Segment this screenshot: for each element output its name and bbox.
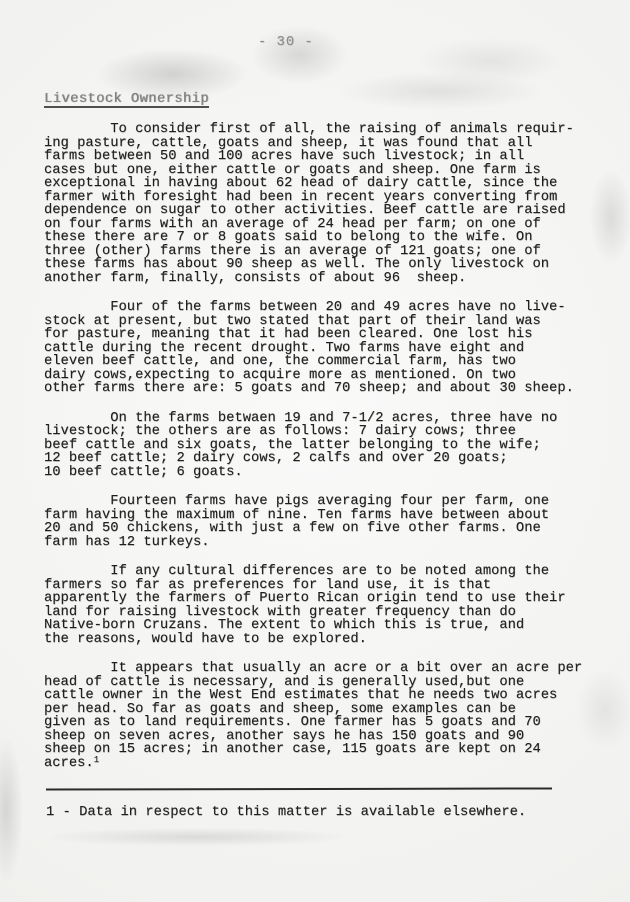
scan-smudge: [52, 828, 342, 846]
section-heading: Livestock Ownership: [44, 93, 209, 109]
paragraph-farms-20-49-acres: Four of the farms between 20 and 49 acre…: [44, 301, 604, 396]
footnote-marker: 1: [94, 755, 99, 765]
scan-smudge: [0, 740, 22, 880]
footnote-text: 1 - Data in respect to this matter is av…: [46, 806, 604, 820]
footnote-divider: [46, 787, 552, 790]
paragraph-text: It appears that usually an acre or a bit…: [44, 661, 582, 771]
paragraph-livestock-large-farms: To consider first of all, the raising of…: [44, 123, 604, 285]
page-number: - 30 -: [258, 36, 604, 50]
heading-row: Livestock Ownership: [44, 93, 604, 109]
paragraph-cultural-differences: If any cultural differences are to be no…: [44, 565, 604, 646]
text-block: - 30 - Livestock Ownership To consider f…: [44, 36, 604, 820]
paragraph-pigs-chickens: Fourteen farms have pigs averaging four …: [44, 495, 604, 549]
scanned-document-page: - 30 - Livestock Ownership To consider f…: [0, 0, 630, 902]
paragraph-land-requirements: It appears that usually an acre or a bit…: [44, 662, 604, 770]
paragraph-farms-19-7-acres: On the farms betwaen 19 and 7-1/2 acres,…: [44, 412, 604, 480]
